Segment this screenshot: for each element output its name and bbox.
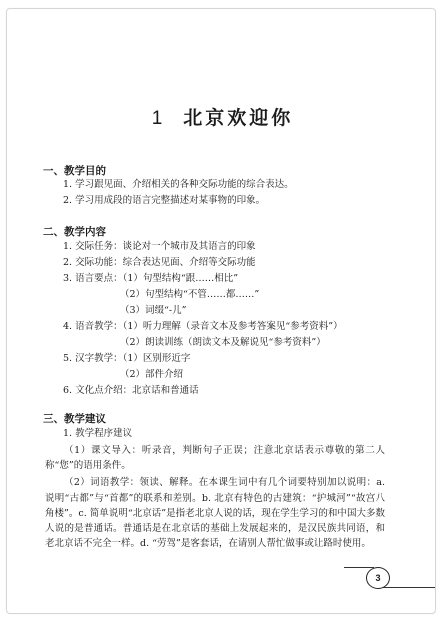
list-subitem: （2）朗读训练（朗读文本及解说见“参考资料”） <box>120 336 326 350</box>
lesson-title: 1北京欢迎你 <box>0 103 445 130</box>
list-item: 2. 交际功能：综合表达见面、介绍等交际功能 <box>63 256 256 270</box>
paragraph-vocabulary: （2）词语教学：领读、解释。在本课生词中有几个词要特别加以说明：a. 说明“古都… <box>45 475 385 551</box>
subsection-heading: 1. 教学程序建议 <box>63 427 132 441</box>
list-item: 2. 学习用成段的语言完整描述对某事物的印象。 <box>63 194 265 208</box>
list-item: 1. 交际任务：谈论对一个城市及其语言的印象 <box>63 240 256 254</box>
list-item: 3. 语言要点：（1）句型结构“跟……相比” <box>63 272 238 286</box>
list-item: 5. 汉字教学：（1）区别形近字 <box>63 352 190 366</box>
list-subitem: （2）部件介绍 <box>120 368 183 382</box>
lesson-number: 1 <box>152 108 166 129</box>
page-number-rule-left <box>344 567 374 568</box>
list-item: 1. 学习跟见面、介绍相关的各种交际功能的综合表达。 <box>63 178 294 192</box>
paragraph-intro: （1）课文导入：听录音，判断句子正误；注意北京话表示尊敬的第二人称“您”的语用条… <box>45 443 385 473</box>
section-heading-suggestions: 三、教学建议 <box>43 411 106 426</box>
list-subitem: （2）句型结构“不管……都……” <box>120 288 259 302</box>
list-item: 4. 语音教学：（1）听力理解（录音文本及参考答案见“参考资料”） <box>63 320 343 334</box>
section-heading-objectives: 一、教学目的 <box>43 163 106 178</box>
list-item: 6. 文化点介绍：北京话和普通话 <box>63 384 199 398</box>
section-heading-content: 二、教学内容 <box>43 224 106 239</box>
page-number: 3 <box>366 567 390 589</box>
paragraph-block: （1）课文导入：听录音，判断句子正误；注意北京话表示尊敬的第二人称“您”的语用条… <box>45 443 385 551</box>
list-subitem: （3）词缀“-儿” <box>120 304 186 318</box>
lesson-title-text: 北京欢迎你 <box>183 107 293 129</box>
